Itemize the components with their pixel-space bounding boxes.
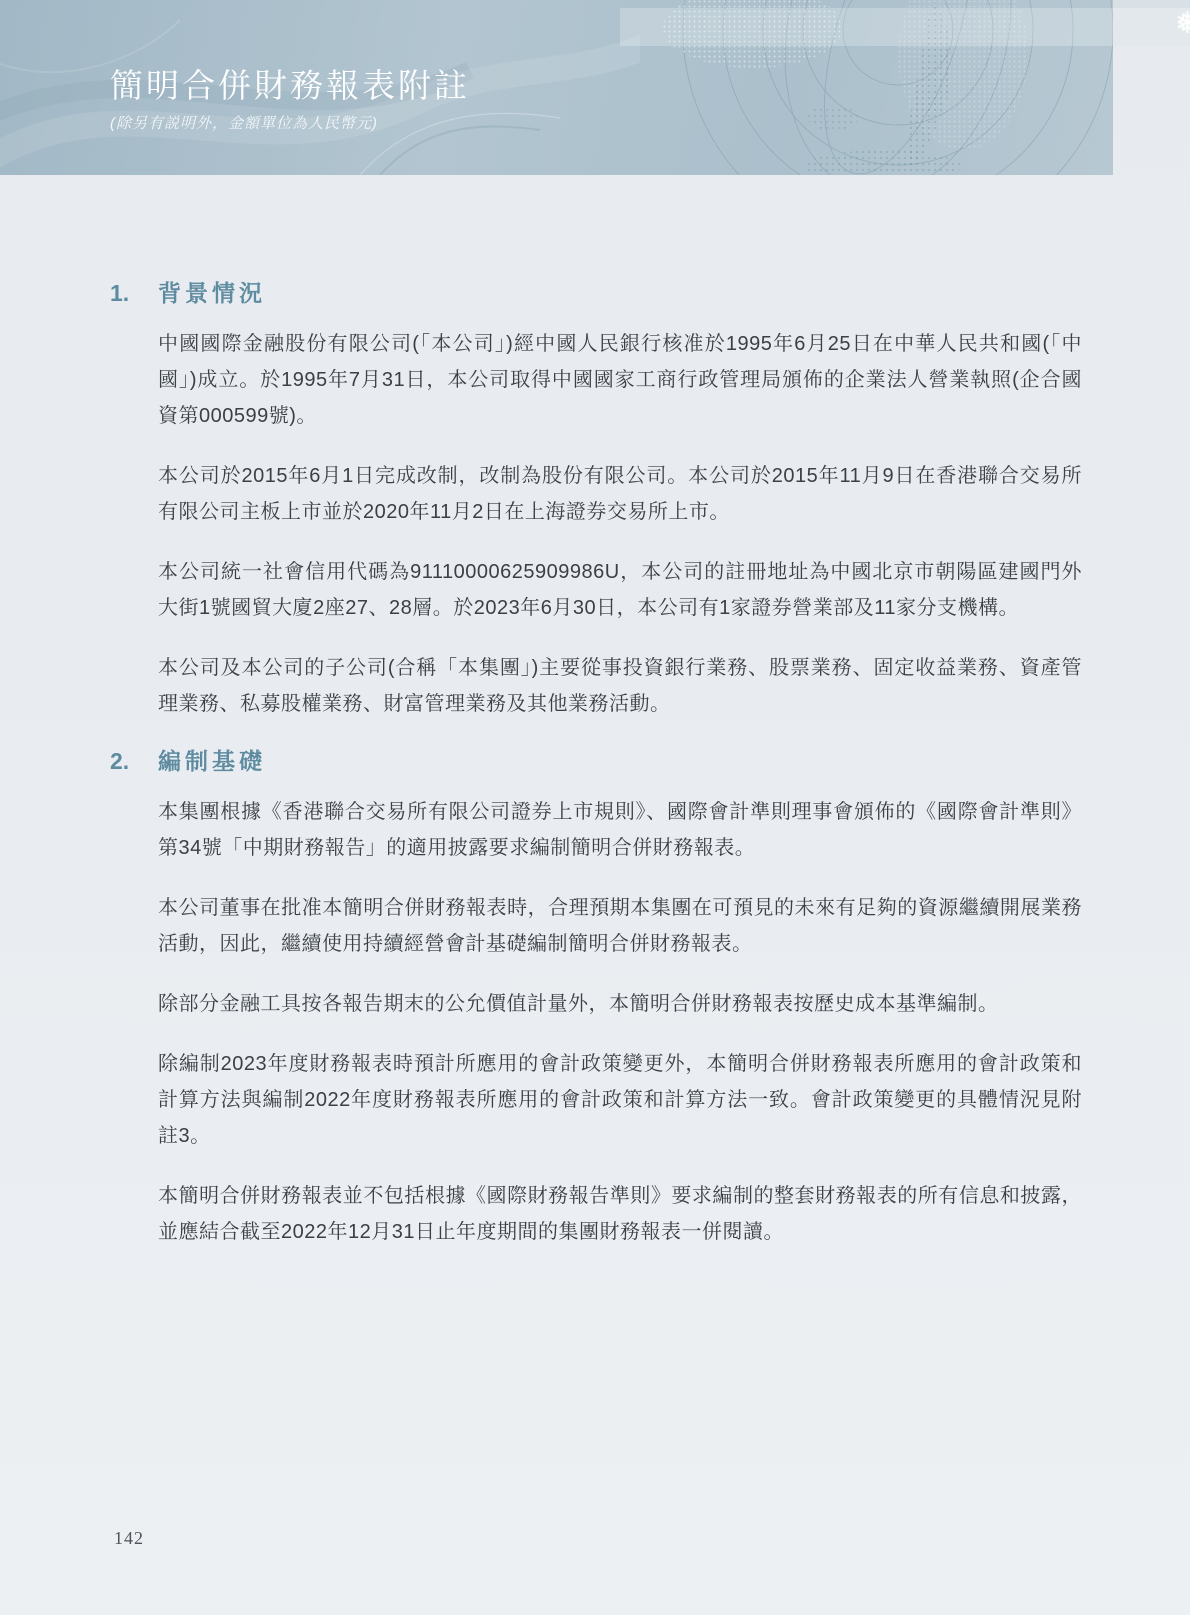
paragraph: 本集團根據《香港聯合交易所有限公司證券上市規則》、國際會計準則理事會頒佈的《國際… xyxy=(158,794,1082,866)
paragraph: 除部分金融工具按各報告期末的公允價值計量外，本簡明合併財務報表按歷史成本基準編制… xyxy=(158,986,1082,1022)
paragraph: 除編制2023年度財務報表時預計所應用的會計政策變更外，本簡明合併財務報表所應用… xyxy=(158,1046,1082,1154)
paragraph: 中國國際金融股份有限公司(「本公司」)經中國人民銀行核准於1995年6月25日在… xyxy=(158,326,1082,434)
section-body: 本集團根據《香港聯合交易所有限公司證券上市規則》、國際會計準則理事會頒佈的《國際… xyxy=(158,794,1082,1250)
section-body: 中國國際金融股份有限公司(「本公司」)經中國人民銀行核准於1995年6月25日在… xyxy=(158,326,1082,722)
section-title: 編制基礎 xyxy=(158,746,266,776)
section-basis-of-preparation: 2. 編制基礎 本集團根據《香港聯合交易所有限公司證券上市規則》、國際會計準則理… xyxy=(110,746,1082,1250)
page-number: 142 xyxy=(114,1528,144,1549)
section-title: 背景情況 xyxy=(158,278,266,308)
paragraph: 本公司及本公司的子公司(合稱「本集團」)主要從事投資銀行業務、股票業務、固定收益… xyxy=(158,650,1082,722)
paragraph: 本公司董事在批准本簡明合併財務報表時，合理預期本集團在可預見的未來有足夠的資源繼… xyxy=(158,890,1082,962)
section-heading: 2. 編制基礎 xyxy=(110,746,1082,776)
section-heading: 1. 背景情況 xyxy=(110,278,1082,308)
paragraph: 本公司於2015年6月1日完成改制，改制為股份有限公司。本公司於2015年11月… xyxy=(158,458,1082,530)
content-area: 1. 背景情況 中國國際金融股份有限公司(「本公司」)經中國人民銀行核准於199… xyxy=(110,278,1082,1274)
section-background: 1. 背景情況 中國國際金融股份有限公司(「本公司」)經中國人民銀行核准於199… xyxy=(110,278,1082,722)
snowflake-icon: ❅ xyxy=(1175,6,1190,41)
page-title: 簡明合併財務報表附註 xyxy=(110,60,470,107)
section-number: 1. xyxy=(110,278,158,308)
header-highlight-strip xyxy=(620,8,1190,46)
paragraph: 本簡明合併財務報表並不包括根據《國際財務報告準則》要求編制的整套財務報表的所有信… xyxy=(158,1178,1082,1250)
section-number: 2. xyxy=(110,746,158,776)
page-subtitle: (除另有説明外，金額單位為人民幣元) xyxy=(110,112,378,133)
paragraph: 本公司統一社會信用代碼為91110000625909986U，本公司的註冊地址為… xyxy=(158,554,1082,626)
